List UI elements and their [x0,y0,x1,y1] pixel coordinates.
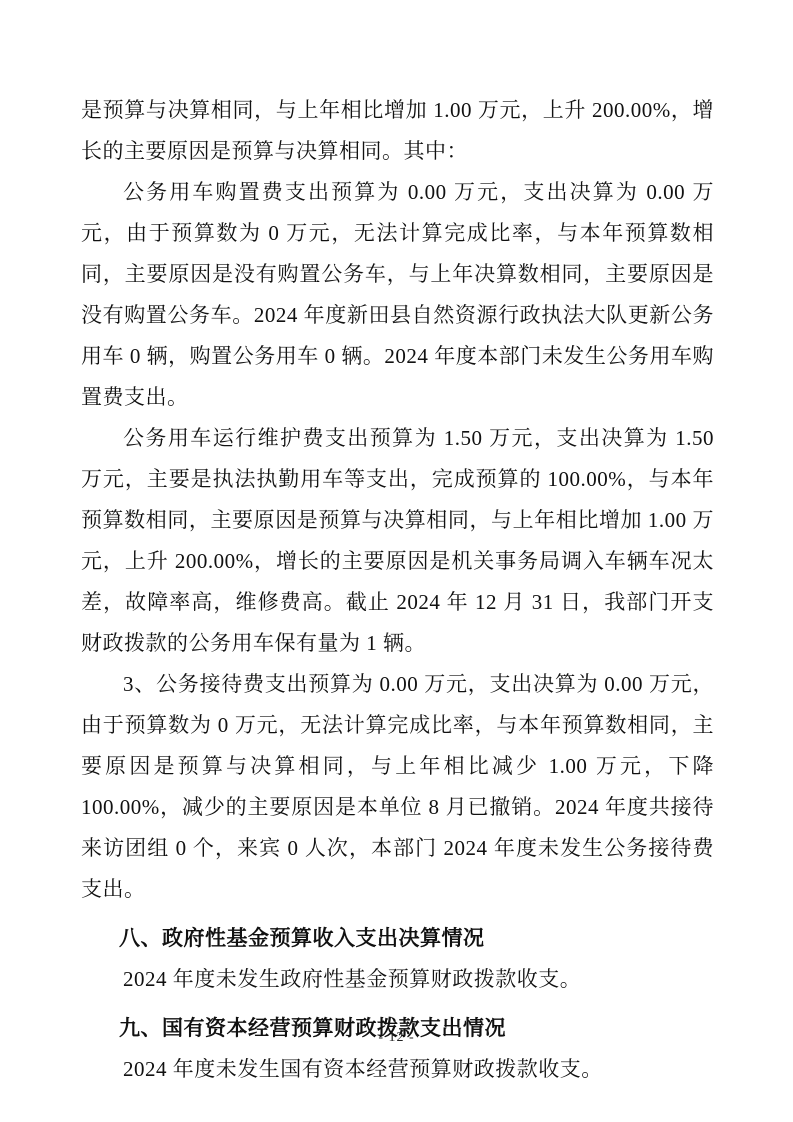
document-body: 是预算与决算相同，与上年相比增加 1.00 万元，上升 200.00%，增长的主… [81,90,714,1090]
paragraph-reception-fee: 3、公务接待费支出预算为 0.00 万元，支出决算为 0.00 万元，由于预算数… [81,664,714,910]
paragraph-vehicle-maintenance-fee: 公务用车运行维护费支出预算为 1.50 万元，支出决算为 1.50 万元，主要是… [81,418,714,664]
paragraph-section-8: 2024 年度未发生政府性基金预算财政拨款收支。 [81,959,714,1000]
paragraph-continuation: 是预算与决算相同，与上年相比增加 1.00 万元，上升 200.00%，增长的主… [81,90,714,172]
paragraph-section-9: 2024 年度未发生国有资本经营预算财政拨款收支。 [81,1049,714,1090]
paragraph-vehicle-purchase-fee: 公务用车购置费支出预算为 0.00 万元，支出决算为 0.00 万元，由于预算数… [81,172,714,418]
document-page: 是预算与决算相同，与上年相比增加 1.00 万元，上升 200.00%，增长的主… [0,0,793,1122]
heading-section-8: 八、政府性基金预算收入支出决算情况 [81,918,714,959]
page-number: - 12 - [0,1028,793,1048]
